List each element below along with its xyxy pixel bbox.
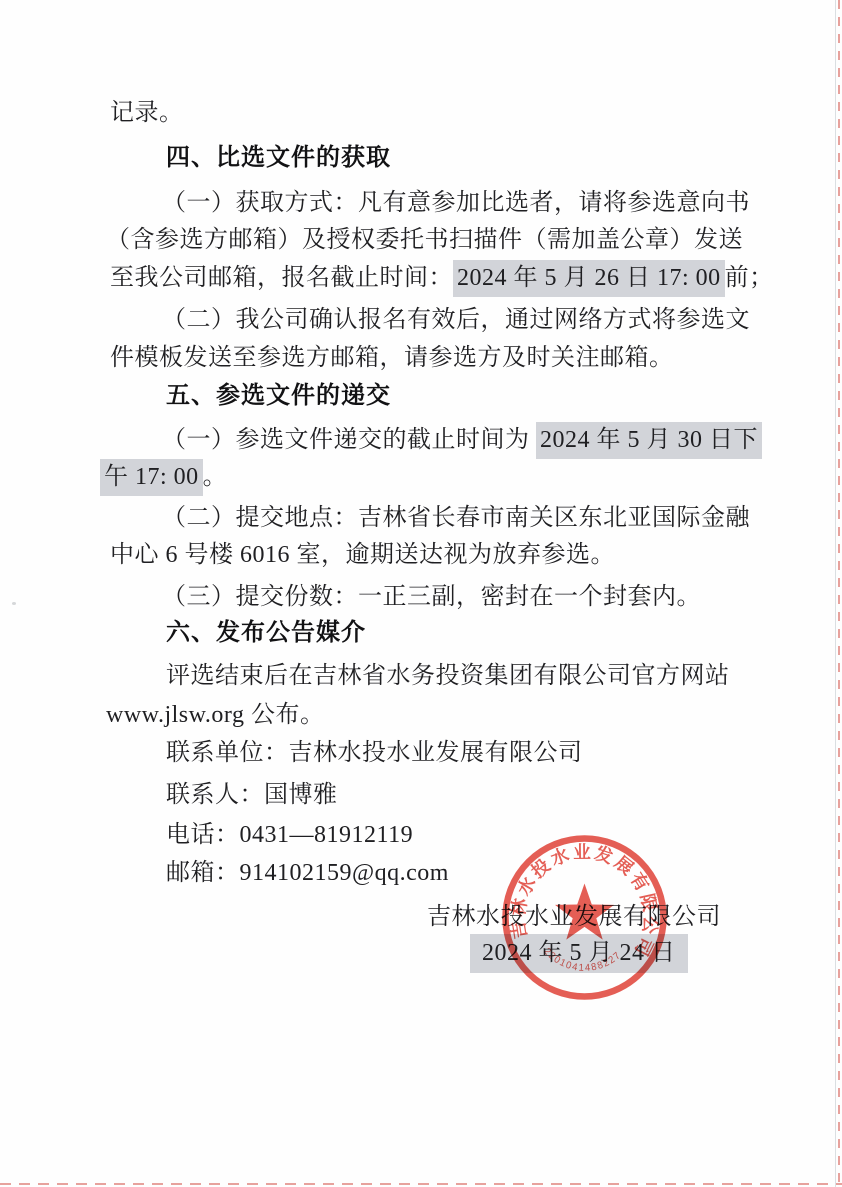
scan-edge-gray-line [835, 0, 836, 1187]
section-heading-6: 六、发布公告媒介 [166, 614, 366, 652]
section5-item1-line2: 午 17: 00。 [100, 458, 227, 496]
section4-item1-line2: （含参选方邮箱）及授权委托书扫描件（需加盖公章）发送 [106, 221, 743, 259]
seal-serial-number: 2201041488227 [541, 946, 624, 974]
deadline-highlight-registration: 2024 年 5 月 26 日 17: 00 [453, 260, 725, 297]
deadline-highlight-submission-part2: 午 17: 00 [100, 459, 203, 496]
section-heading-5: 五、参选文件的递交 [166, 377, 391, 415]
section4-item2-line1: （二）我公司确认报名有效后，通过网络方式将参选文 [162, 301, 750, 339]
section5-item1-line1: （一）参选文件递交的截止时间为 2024 年 5 月 30 日下 [162, 421, 762, 459]
section4-item1-line1: （一）获取方式：凡有意参加比选者，请将参选意向书 [162, 184, 750, 222]
section5-item3-line1: （三）提交份数：一正三副，密封在一个封套内。 [162, 578, 701, 616]
company-seal-stamp-icon: 吉林水投水业发展有限公司 2201041488227 [482, 815, 687, 1020]
section-heading-4: 四、比选文件的获取 [166, 139, 391, 177]
section4-item2-line2: 件模板发送至参选方邮箱，请参选方及时关注邮箱。 [110, 339, 674, 377]
section5-item2-line1: （二）提交地点：吉林省长春市南关区东北亚国际金融 [162, 499, 750, 537]
document-page: 记录。 四、比选文件的获取 （一）获取方式：凡有意参加比选者，请将参选意向书 （… [0, 0, 842, 1187]
scan-crop-mark-right [838, 0, 840, 1187]
contact-phone-line: 电话：0431—81912119 [166, 816, 413, 854]
section4-item1-line3: 至我公司邮箱，报名截止时间：2024 年 5 月 26 日 17: 00前； [110, 259, 774, 297]
contact-email-line: 邮箱：914102159@qq.com [166, 854, 449, 892]
section6-line2-website: www.jlsw.org 公布。 [106, 696, 324, 734]
scan-crop-mark-bottom [0, 1183, 842, 1185]
deadline-highlight-submission-part1: 2024 年 5 月 30 日下 [536, 422, 762, 459]
section6-line1: 评选结束后在吉林省水务投资集团有限公司官方网站 [166, 657, 730, 695]
scan-speck [12, 602, 16, 605]
section5-item2-line2: 中心 6 号楼 6016 室，逾期送达视为放弃参选。 [110, 536, 615, 574]
paragraph-record-end: 记录。 [110, 94, 184, 132]
contact-unit-line: 联系单位：吉林水投水业发展有限公司 [166, 734, 583, 772]
contact-person-line: 联系人：国博雅 [166, 776, 338, 814]
seal-star-icon [555, 884, 614, 940]
